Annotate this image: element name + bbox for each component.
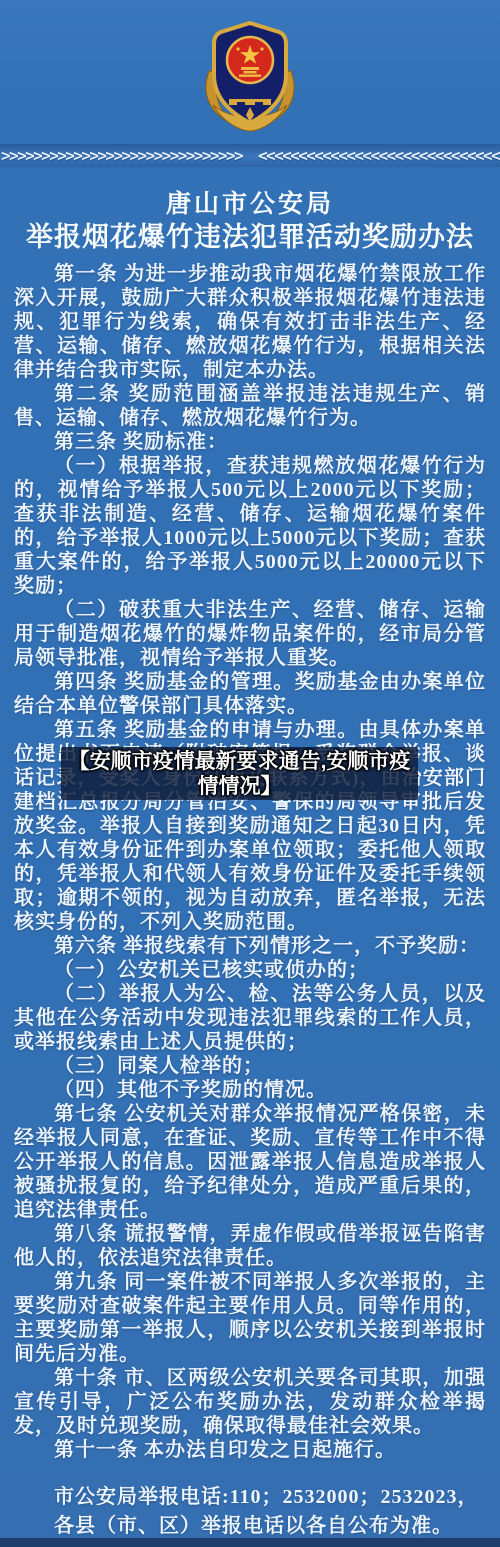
article-paragraph: （二）破获重大非法生产、经营、储存、运输用于制造烟花爆竹的爆炸物品案件的，经市局… <box>14 598 486 670</box>
article-paragraph: （四）其他不予奖励的情况。 <box>14 1078 486 1102</box>
article-paragraph: （三）同案人检举的； <box>14 1054 486 1078</box>
bottom-bar <box>0 1538 500 1547</box>
police-badge-icon <box>199 19 301 135</box>
chevrons-right-icon: >>>>>>>>>>>>>>>>>>>>>>>>>>>>>> <box>1 146 242 165</box>
contact-block: 市公安局举报电话:110；2532000；2532023， 各县（市、区）举报电… <box>14 1483 486 1541</box>
article-paragraph: 第三条 奖励标准： <box>14 430 486 454</box>
watermark-caption-line2: 情情况】 <box>198 774 282 799</box>
chevron-divider: >>>>>>>>>>>>>>>>>>>>>>>>>>>>>> <<<<<<<<<… <box>0 144 500 167</box>
watermark-caption: 【安顺市疫情最新要求通告,安顺市疫 情情况】 <box>61 747 418 800</box>
notice-poster: >>>>>>>>>>>>>>>>>>>>>>>>>>>>>> <<<<<<<<<… <box>0 0 500 1547</box>
article-paragraph: 第十一条 本办法自印发之日起施行。 <box>14 1438 486 1462</box>
report-phone-line: 市公安局举报电话:110；2532000；2532023， <box>14 1483 486 1512</box>
article-paragraph: 第六条 举报线索有下列情形之一，不予奖励： <box>14 934 486 958</box>
article-paragraph: 第二条 奖励范围涵盖举报违法违规生产、销售、运输、储存、燃放烟花爆竹行为。 <box>14 382 486 430</box>
article-paragraph: 第一条 为进一步推动我市烟花爆竹禁限放工作深入开展，鼓励广大群众积极举报烟花爆竹… <box>14 262 486 382</box>
article-paragraph: （一）公安机关已核实或侦办的； <box>14 958 486 982</box>
chevrons-left-icon: <<<<<<<<<<<<<<<<<<<<<<<<<<<<<< <box>258 146 499 165</box>
article-paragraph: 第十条 市、区两级公安机关要各司其职，加强宣传引导，广泛公布奖励办法，发动群众检… <box>14 1366 486 1438</box>
article-paragraph: 第七条 公安机关对群众举报情况严格保密，未经举报人同意，在查证、奖励、宣传等工作… <box>14 1102 486 1222</box>
article-paragraph: 第九条 同一案件被不同举报人多次举报的，主要奖励对查破案件起主要作用人员。同等作… <box>14 1270 486 1366</box>
watermark-caption-line1: 【安顺市疫情最新要求通告,安顺市疫 <box>69 749 411 774</box>
doc-title: 举报烟花爆竹违法犯罪活动奖励办法 <box>0 215 500 254</box>
article-paragraph: 第八条 谎报警情，弄虚作假或借举报诬告陷害他人的，依法追究法律责任。 <box>14 1222 486 1270</box>
articles-body: 第一条 为进一步推动我市烟花爆竹禁限放工作深入开展，鼓励广大群众积极举报烟花爆竹… <box>14 262 486 1480</box>
article-paragraph: （一）根据举报，查获违规燃放烟花爆竹行为的，视情给予举报人500元以上2000元… <box>14 454 486 598</box>
article-paragraph: （二）举报人为公、检、法等公务人员，以及其他在公务活动中发现违法犯罪线索的工作人… <box>14 982 486 1054</box>
county-phone-line: 各县（市、区）举报电话以各自公布为准。 <box>14 1512 486 1541</box>
article-paragraph: 第四条 奖励基金的管理。奖励基金由办案单位结合本单位警保部门具体落实。 <box>14 670 486 718</box>
